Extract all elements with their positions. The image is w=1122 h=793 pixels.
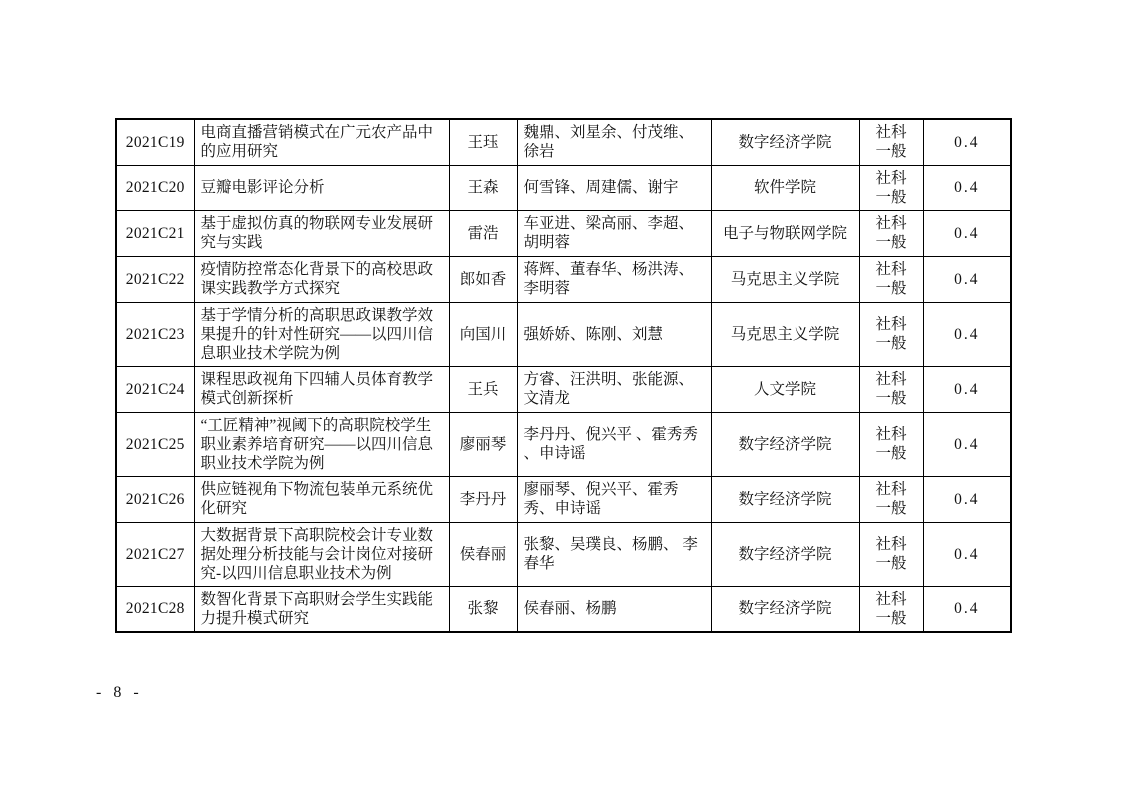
project-id-cell: 2021C21: [116, 210, 194, 256]
college-cell: 数字经济学院: [711, 412, 859, 476]
document-page: 2021C19 电商直播营销模式在广元农产品中的应用研究 王珏 魏鼎、刘星余、付…: [0, 0, 1122, 793]
table-row: 2021C28 数智化背景下高职财会学生实践能力提升模式研究 张黎 侯春丽、杨鹏…: [116, 586, 1011, 632]
leader-cell: 廖丽琴: [449, 412, 517, 476]
table-row: 2021C20 豆瓣电影评论分析 王森 何雪锋、周建儒、谢宇 软件学院 社科一般…: [116, 165, 1011, 210]
category-line1: 社科: [866, 590, 917, 609]
category-cell: 社科一般: [859, 586, 923, 632]
category-line1: 社科: [866, 480, 917, 499]
project-id-cell: 2021C23: [116, 302, 194, 366]
table-row: 2021C24 课程思政视角下四辅人员体育教学模式创新探析 王兵 方睿、汪洪明、…: [116, 366, 1011, 412]
project-id-cell: 2021C27: [116, 522, 194, 586]
project-title-cell: “工匠精神”视阈下的高职院校学生职业素养培育研究——以四川信息职业技术学院为例: [194, 412, 449, 476]
members-cell: 侯春丽、杨鹏: [517, 586, 711, 632]
category-line1: 社科: [866, 315, 917, 334]
members-cell: 方睿、汪洪明、张能源、文清龙: [517, 366, 711, 412]
leader-cell: 雷浩: [449, 210, 517, 256]
leader-cell: 李丹丹: [449, 476, 517, 522]
project-id-cell: 2021C22: [116, 256, 194, 302]
category-cell: 社科一般: [859, 522, 923, 586]
leader-cell: 郎如香: [449, 256, 517, 302]
category-line1: 社科: [866, 425, 917, 444]
project-title-cell: 数智化背景下高职财会学生实践能力提升模式研究: [194, 586, 449, 632]
table-row: 2021C27 大数据背景下高职院校会计专业数据处理分析技能与会计岗位对接研究-…: [116, 522, 1011, 586]
members-cell: 蒋辉、董春华、杨洪涛、李明蓉: [517, 256, 711, 302]
project-title-cell: 基于学情分析的高职思政课教学效果提升的针对性研究——以四川信息职业技术学院为例: [194, 302, 449, 366]
score-cell: 0.4: [923, 412, 1011, 476]
score-cell: 0.4: [923, 165, 1011, 210]
college-cell: 数字经济学院: [711, 522, 859, 586]
category-line2: 一般: [866, 609, 917, 628]
college-cell: 数字经济学院: [711, 119, 859, 165]
score-cell: 0.4: [923, 586, 1011, 632]
project-title-cell: 电商直播营销模式在广元农产品中的应用研究: [194, 119, 449, 165]
leader-cell: 张黎: [449, 586, 517, 632]
score-cell: 0.4: [923, 522, 1011, 586]
project-title-cell: 豆瓣电影评论分析: [194, 165, 449, 210]
score-cell: 0.4: [923, 476, 1011, 522]
college-cell: 软件学院: [711, 165, 859, 210]
project-title-cell: 大数据背景下高职院校会计专业数据处理分析技能与会计岗位对接研究-以四川信息职业技…: [194, 522, 449, 586]
category-cell: 社科一般: [859, 476, 923, 522]
category-cell: 社科一般: [859, 210, 923, 256]
table-row: 2021C21 基于虚拟仿真的物联网专业发展研究与实践 雷浩 车亚进、梁高丽、李…: [116, 210, 1011, 256]
category-cell: 社科一般: [859, 165, 923, 210]
members-cell: 车亚进、梁高丽、李超、胡明蓉: [517, 210, 711, 256]
score-cell: 0.4: [923, 302, 1011, 366]
category-line1: 社科: [866, 214, 917, 233]
category-line1: 社科: [866, 169, 917, 188]
table-row: 2021C25 “工匠精神”视阈下的高职院校学生职业素养培育研究——以四川信息职…: [116, 412, 1011, 476]
leader-cell: 王珏: [449, 119, 517, 165]
score-cell: 0.4: [923, 366, 1011, 412]
project-id-cell: 2021C28: [116, 586, 194, 632]
table-row: 2021C23 基于学情分析的高职思政课教学效果提升的针对性研究——以四川信息职…: [116, 302, 1011, 366]
project-title-cell: 疫情防控常态化背景下的高校思政课实践教学方式探究: [194, 256, 449, 302]
members-cell: 李丹丹、倪兴平 、霍秀秀 、申诗谣: [517, 412, 711, 476]
college-cell: 数字经济学院: [711, 586, 859, 632]
category-cell: 社科一般: [859, 412, 923, 476]
project-title-cell: 基于虚拟仿真的物联网专业发展研究与实践: [194, 210, 449, 256]
category-line2: 一般: [866, 334, 917, 353]
members-cell: 魏鼎、刘星余、付茂维、徐岩: [517, 119, 711, 165]
project-id-cell: 2021C26: [116, 476, 194, 522]
college-cell: 马克思主义学院: [711, 302, 859, 366]
project-id-cell: 2021C24: [116, 366, 194, 412]
category-line2: 一般: [866, 233, 917, 252]
leader-cell: 向国川: [449, 302, 517, 366]
leader-cell: 王森: [449, 165, 517, 210]
score-cell: 0.4: [923, 256, 1011, 302]
category-line2: 一般: [866, 499, 917, 518]
category-line2: 一般: [866, 188, 917, 207]
table-row: 2021C26 供应链视角下物流包装单元系统优化研究 李丹丹 廖丽琴、倪兴平、霍…: [116, 476, 1011, 522]
score-cell: 0.4: [923, 210, 1011, 256]
category-line2: 一般: [866, 279, 917, 298]
category-line2: 一般: [866, 142, 917, 161]
category-cell: 社科一般: [859, 366, 923, 412]
members-cell: 强娇娇、陈刚、刘慧: [517, 302, 711, 366]
project-id-cell: 2021C19: [116, 119, 194, 165]
category-line1: 社科: [866, 370, 917, 389]
category-cell: 社科一般: [859, 302, 923, 366]
leader-cell: 侯春丽: [449, 522, 517, 586]
college-cell: 人文学院: [711, 366, 859, 412]
category-line2: 一般: [866, 554, 917, 573]
table-row: 2021C22 疫情防控常态化背景下的高校思政课实践教学方式探究 郎如香 蒋辉、…: [116, 256, 1011, 302]
category-line1: 社科: [866, 123, 917, 142]
college-cell: 电子与物联网学院: [711, 210, 859, 256]
project-id-cell: 2021C25: [116, 412, 194, 476]
members-cell: 张黎、吴璞良、杨鹏、 李春华: [517, 522, 711, 586]
category-cell: 社科一般: [859, 119, 923, 165]
score-cell: 0.4: [923, 119, 1011, 165]
project-title-cell: 供应链视角下物流包装单元系统优化研究: [194, 476, 449, 522]
members-cell: 何雪锋、周建儒、谢宇: [517, 165, 711, 210]
category-line2: 一般: [866, 444, 917, 463]
category-line1: 社科: [866, 535, 917, 554]
category-line2: 一般: [866, 389, 917, 408]
project-id-cell: 2021C20: [116, 165, 194, 210]
category-cell: 社科一般: [859, 256, 923, 302]
college-cell: 马克思主义学院: [711, 256, 859, 302]
college-cell: 数字经济学院: [711, 476, 859, 522]
category-line1: 社科: [866, 260, 917, 279]
project-title-cell: 课程思政视角下四辅人员体育教学模式创新探析: [194, 366, 449, 412]
table-row: 2021C19 电商直播营销模式在广元农产品中的应用研究 王珏 魏鼎、刘星余、付…: [116, 119, 1011, 165]
leader-cell: 王兵: [449, 366, 517, 412]
page-number: - 8 -: [96, 684, 143, 702]
projects-table: 2021C19 电商直播营销模式在广元农产品中的应用研究 王珏 魏鼎、刘星余、付…: [115, 118, 1012, 633]
members-cell: 廖丽琴、倪兴平、霍秀秀、申诗谣: [517, 476, 711, 522]
